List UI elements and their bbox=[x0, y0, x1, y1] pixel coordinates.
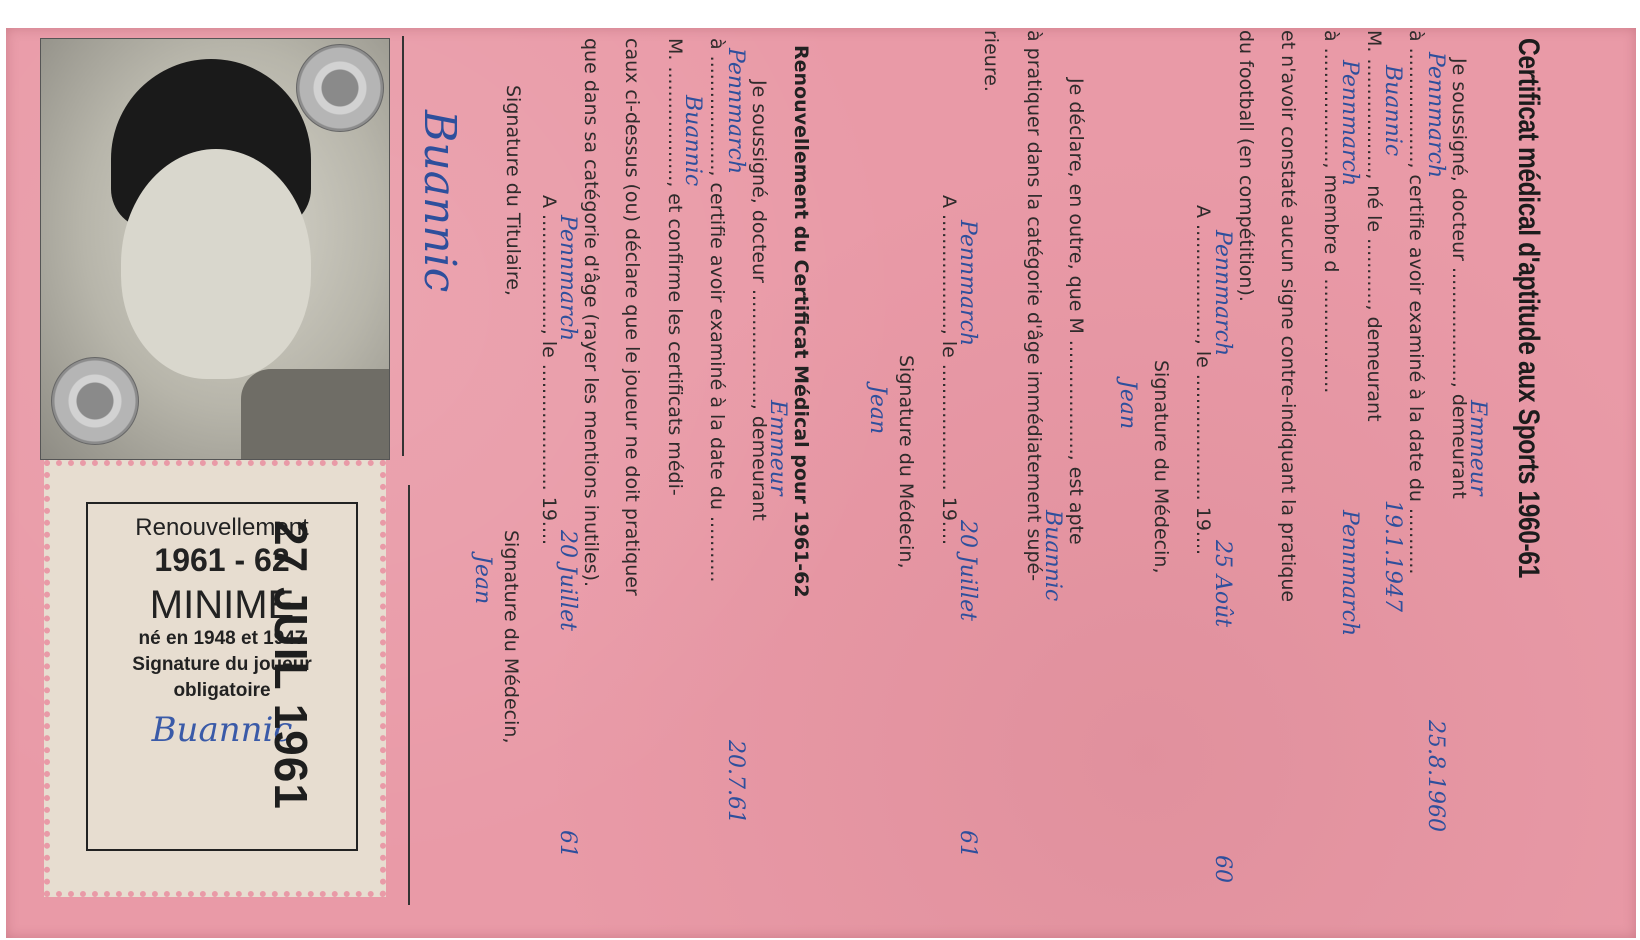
s1-hand-demeurant2: Pennmarch bbox=[1337, 60, 1362, 186]
certificate-title: Certificat médical d'aptitude aux Sports… bbox=[1511, 38, 1545, 578]
holder-signature-label: Signature du Titulaire, bbox=[503, 85, 522, 296]
s1-hand-demeurant: Pennmarch bbox=[1423, 52, 1448, 178]
grommet-icon bbox=[51, 357, 139, 445]
grommet-icon bbox=[296, 44, 384, 132]
s3-hand-signature: Jean bbox=[470, 555, 495, 604]
s1-hand-date-exam: 25.8.1960 bbox=[1423, 720, 1448, 832]
s3-line-5: que dans sa catégorie d'âge (rayer les m… bbox=[581, 38, 600, 587]
s3-heading: Renouvellement du Certificat Médical pou… bbox=[790, 45, 812, 598]
s3-hand-demeurant: Pennmarch bbox=[723, 48, 748, 174]
holder-photo bbox=[40, 38, 390, 460]
s3-hand-nom: Buannic bbox=[680, 95, 705, 186]
s1-hand-nom: Buannic bbox=[1380, 65, 1405, 156]
s1-hand-membre: Pennmarch bbox=[1337, 510, 1362, 636]
s2-hand-lieu: Pennmarch bbox=[955, 220, 980, 346]
s3-hand-docteur: Emmeur bbox=[765, 400, 790, 496]
s2-line-3: rieure. bbox=[981, 30, 1000, 92]
s3-signature-label: Signature du Médecin, bbox=[501, 530, 520, 743]
s3-hand-lieu: Pennmarch bbox=[555, 215, 580, 341]
photo-shirt bbox=[241, 369, 389, 459]
s1-hand-ne-le: 19.1.1947 bbox=[1380, 500, 1405, 612]
s3-line-4: caux ci-dessus (ou) déclare que le joueu… bbox=[622, 38, 641, 596]
s1-signature-label: Signature du Médecin, bbox=[1151, 360, 1170, 573]
s2-hand-le: 20 Juillet bbox=[955, 520, 980, 621]
stamp-border-line bbox=[408, 485, 410, 905]
s3-hand-date-exam: 20.7.61 bbox=[723, 740, 748, 824]
s3-hand-annee: 61 bbox=[555, 830, 580, 858]
s1-hand-le: 25 Août bbox=[1210, 540, 1235, 627]
photo-border-line bbox=[402, 36, 404, 456]
s2-hand-signature: Jean bbox=[865, 385, 890, 434]
photo-face bbox=[121, 149, 311, 379]
s2-signature-label: Signature du Médecin, bbox=[896, 355, 915, 568]
s3-hand-le: 20 Juillet bbox=[555, 530, 580, 631]
s1-hand-annee: 60 bbox=[1210, 855, 1235, 883]
s2-hand-nom: Buannic bbox=[1040, 510, 1065, 601]
renewal-stamp: Renouvellement 1961 - 62 MINIME né en 19… bbox=[44, 460, 386, 897]
s1-hand-docteur: Emmeur bbox=[1465, 400, 1490, 496]
s2-line-1: Je déclare, en outre, que M ............… bbox=[1066, 78, 1085, 545]
s2-line-2: à pratiquer dans la catégorie d'âge immé… bbox=[1024, 30, 1043, 581]
s2-hand-annee: 61 bbox=[955, 830, 980, 858]
holder-signature: Buannic bbox=[414, 110, 465, 292]
s1-hand-lieu: Pennmarch bbox=[1210, 230, 1235, 356]
s1-hand-signature: Jean bbox=[1115, 380, 1140, 429]
s1-line-6: du football (en compétition). bbox=[1236, 30, 1255, 302]
date-postmark: 27 JUIL 1961 bbox=[264, 520, 318, 810]
s1-line-5: et n'avoir constaté aucun signe contre-i… bbox=[1278, 30, 1297, 602]
